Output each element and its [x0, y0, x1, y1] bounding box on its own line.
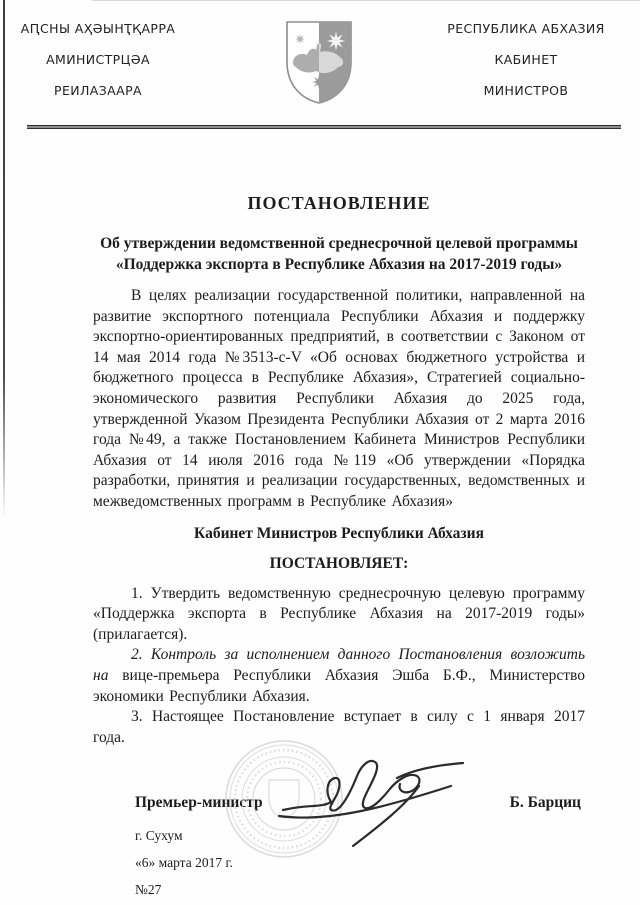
decree-document-page: АԤСНЫ АҲӘЫНҬҚАРРА АМИНИСТРЦӘА РЕИЛАЗААРА: [0, 0, 640, 905]
letterhead-abkhaz: АԤСНЫ АҲӘЫНҬҚАРРА АМИНИСТРЦӘА РЕИЛАЗААРА: [2, 22, 194, 115]
decree-date: «6» марта 2017 г.: [135, 855, 585, 871]
letterhead-abkhaz-line3: РЕИЛАЗААРА: [2, 84, 194, 98]
resolution-item-2-rest: вице-премьера Республики Абхазия Эшба Б.…: [93, 667, 585, 705]
decree-number: №27: [135, 882, 585, 898]
letterhead: АԤСНЫ АҲӘЫНҬҚАРРА АМИНИСТРЦӘА РЕИЛАЗААРА: [0, 0, 640, 115]
letterhead-abkhaz-line1: АԤСНЫ АҲӘЫНҬҚАРРА: [2, 22, 194, 36]
letterhead-emblem-wrap: [194, 22, 430, 115]
decree-subtitle-line1: Об утверждении ведомственной среднесрочн…: [93, 233, 585, 254]
resolver-line: Кабинет Министров Республики Абхазия: [93, 525, 585, 543]
scan-artifact-top-hairline: [92, 0, 640, 1]
signatory-name: Б. Барциц: [510, 794, 581, 812]
signature-block: Премьер-министр Б. Барциц г. Сухум «6» м…: [93, 794, 585, 898]
preamble-paragraph: В целях реализации государственной полит…: [93, 286, 585, 513]
document-body-column: ПОСТАНОВЛЕНИЕ Об утверждении ведомственн…: [93, 193, 585, 748]
resolves-line: ПОСТАНОВЛЯЕТ:: [93, 555, 585, 573]
abkhazia-coat-of-arms-icon: [283, 18, 355, 108]
letterhead-divider-rule: [27, 125, 621, 129]
decree-title: ПОСТАНОВЛЕНИЕ: [93, 193, 585, 214]
resolution-item-2: 2. Контроль за исполнением данного Поста…: [93, 645, 585, 707]
resolution-item-1: 1. Утвердить ведомственную среднесрочную…: [93, 584, 585, 646]
resolution-items: 1. Утвердить ведомственную среднесрочную…: [93, 584, 585, 749]
letterhead-russian-line2: КАБИНЕТ: [430, 53, 622, 67]
decree-subtitle-line2: «Поддержка экспорта в Республике Абхазия…: [93, 254, 585, 275]
scan-artifact-left-edge: [3, 0, 5, 518]
handwritten-signature-icon: [269, 748, 474, 853]
letterhead-russian: РЕСПУБЛИКА АБХАЗИЯ КАБИНЕТ МИНИСТРОВ: [430, 22, 622, 115]
letterhead-abkhaz-line2: АМИНИСТРЦӘА: [2, 53, 194, 67]
decree-subtitle: Об утверждении ведомственной среднесрочн…: [93, 233, 585, 275]
letterhead-russian-line3: МИНИСТРОВ: [430, 84, 622, 98]
letterhead-russian-line1: РЕСПУБЛИКА АБХАЗИЯ: [430, 22, 622, 36]
